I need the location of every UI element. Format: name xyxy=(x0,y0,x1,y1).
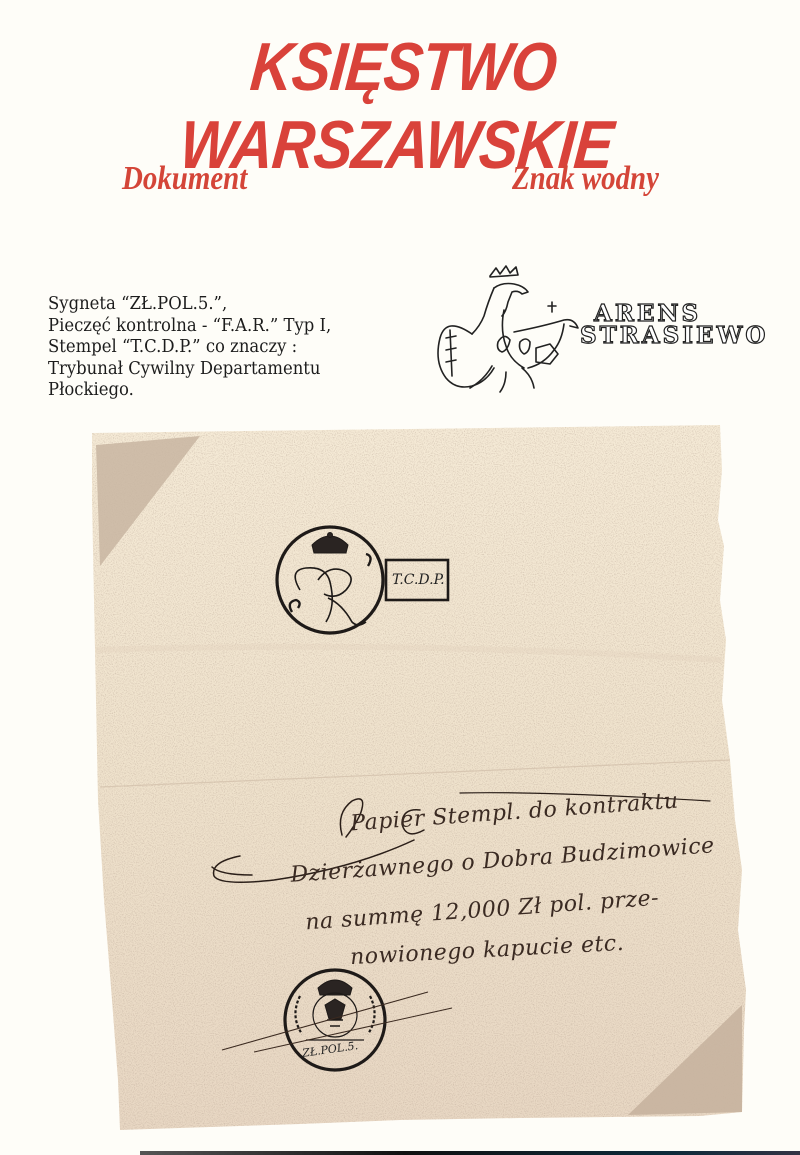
description-line: Płockiego. xyxy=(48,380,331,402)
handwriting-line: Dzierżawnego o Dobra Budzimowice xyxy=(290,833,716,888)
watermark-text-line: STRASIEWO xyxy=(580,322,768,349)
scan-edge xyxy=(140,1151,800,1155)
tcdp-stamp-label: T.C.D.P. xyxy=(392,572,445,588)
description-line: Sygneta “ZŁ.POL.5.”, xyxy=(48,294,331,316)
handwriting-line: nowionego kapucie etc. xyxy=(350,931,625,970)
description: Sygneta “ZŁ.POL.5.”, Pieczęć kontrolna -… xyxy=(48,294,331,402)
handwriting-line: Papier Stempl. do kontraktu xyxy=(350,789,680,837)
handwriting-line: na summę 12,000 Zł pol. prze- xyxy=(305,886,660,936)
description-line: Trybunał Cywilny Departamentu xyxy=(48,359,331,381)
control-seal xyxy=(277,527,383,633)
signet-seal-label: ZŁ.POL.5. xyxy=(301,1039,358,1060)
section-label-document: Dokument xyxy=(122,160,247,198)
description-line: Pieczęć kontrolna - “F.A.R.” Typ I, xyxy=(48,316,331,338)
description-line: Stempel “T.C.D.P.” co znaczy : xyxy=(48,337,331,359)
paper xyxy=(92,425,746,1130)
section-label-watermark: Znak wodny xyxy=(512,160,659,198)
